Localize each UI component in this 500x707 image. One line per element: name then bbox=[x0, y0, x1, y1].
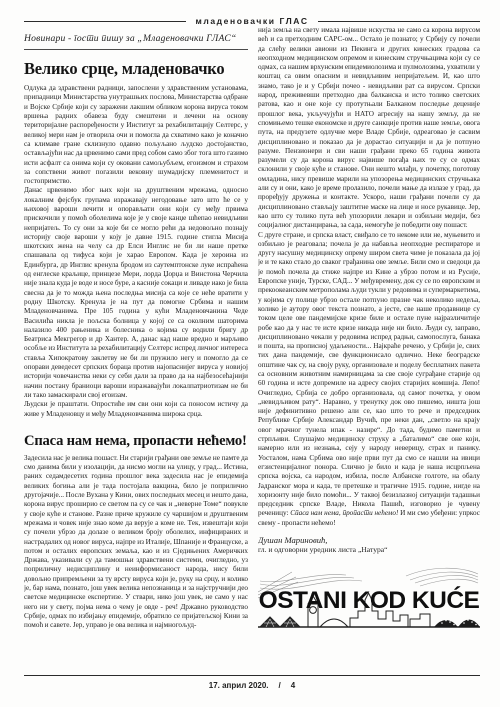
column-right: нија земља на свету имала највише искуст… bbox=[258, 26, 480, 672]
newspaper-page: младеновачки ГЛАС Новинари - гости пишу … bbox=[0, 0, 500, 707]
footer-separator: / bbox=[279, 681, 281, 690]
masthead-rule-right bbox=[318, 21, 480, 22]
stay-home-text: OSTANI KOD KUĆE bbox=[259, 586, 480, 614]
masthead-title: младеновачки ГЛАС bbox=[195, 16, 308, 26]
article-1-paragraph: Одлука да здравствени радници, запослени… bbox=[24, 84, 248, 186]
article-1-paragraph: Данас црвенимо због њих који на друштвен… bbox=[24, 186, 248, 400]
article-1-headline: Велико срце, младеновачко bbox=[24, 60, 248, 78]
masthead: младеновачки ГЛАС bbox=[24, 16, 480, 26]
masthead-rule-left bbox=[24, 21, 186, 22]
paragraph-text: С друге стране, и српска власт, свиђало … bbox=[258, 231, 480, 518]
author-signature: Душан Мариновић, гл. и одговорни уредник… bbox=[258, 535, 480, 555]
footer-date: 17. април 2020. bbox=[209, 681, 269, 690]
author-role: гл. и одговорни уредник листа „Натура“ bbox=[258, 545, 480, 555]
stay-home-graphic: OSTANI KOD KUĆE bbox=[258, 564, 480, 634]
article-2-paragraph: Задесила нас је велика пошаст. Ни стариј… bbox=[24, 454, 248, 631]
article-2-paragraph: нија земља на свету имала највише искуст… bbox=[258, 26, 480, 231]
kicker: Новинари - гости пишу за „Младеновачки Г… bbox=[24, 31, 248, 50]
article-1-paragraph: Људски је праштати. Опростиће им сви они… bbox=[24, 400, 248, 419]
author-name: Душан Мариновић, bbox=[258, 535, 480, 545]
page-footer: 17. април 2020. / 4 bbox=[24, 675, 480, 690]
famous-quote: Спаса нам нема, пропасти нећемо! bbox=[290, 509, 398, 517]
article-2-headline: Спаса нам нема, пропасти нећемо! bbox=[24, 433, 248, 449]
footer-page-number: 4 bbox=[291, 681, 295, 690]
column-left: Новинари - гости пишу за „Младеновачки Г… bbox=[24, 31, 248, 663]
article-2-paragraph: С друге стране, и српска власт, свиђало … bbox=[258, 231, 480, 529]
arch-bridges-icon bbox=[434, 619, 480, 627]
